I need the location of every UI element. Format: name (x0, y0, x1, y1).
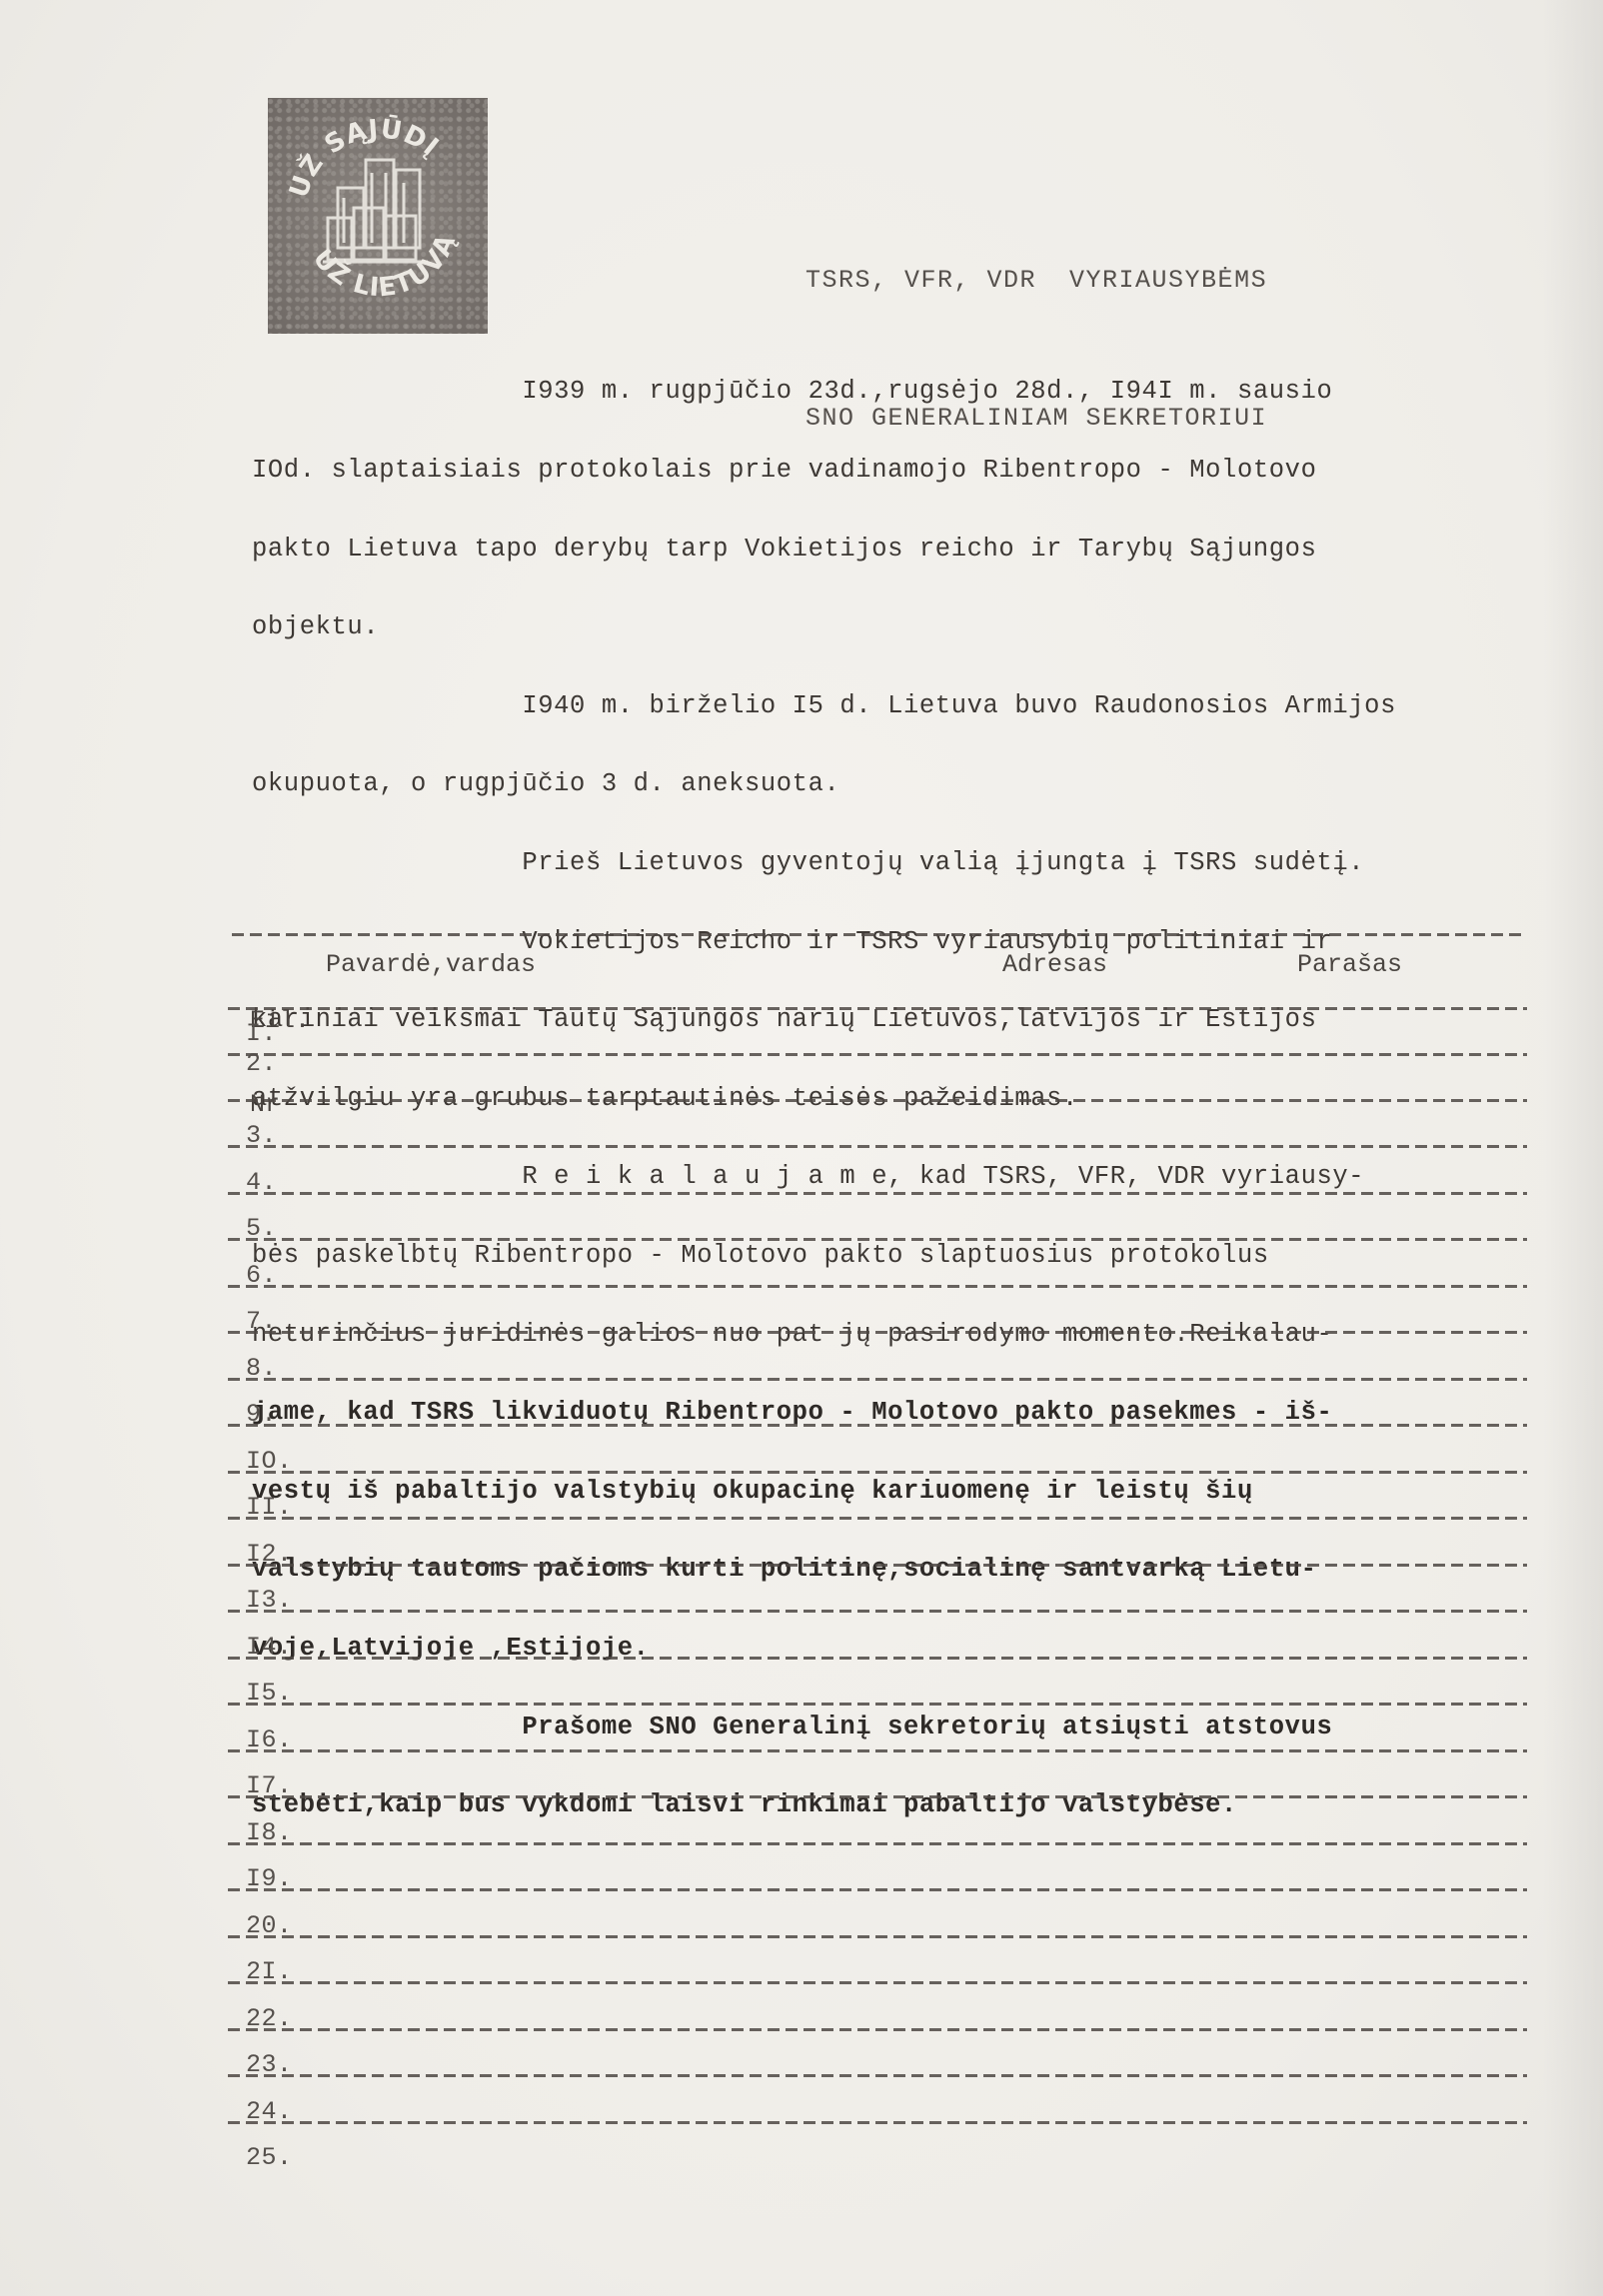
signature-entry-field[interactable] (320, 1941, 1519, 1979)
signature-entry-field[interactable] (320, 1059, 1519, 1097)
signature-entry-field[interactable] (320, 1245, 1519, 1283)
row-divider (228, 1749, 1527, 1752)
document-page: UŽ SĄJŪDĮ UŽ LIETUVĄ TSRS, VFR, (0, 0, 1603, 2296)
row-divider (228, 1888, 1527, 1891)
signature-entry-field[interactable] (320, 1988, 1519, 2026)
tower-drawing (323, 160, 428, 262)
signature-entry-field[interactable] (320, 1105, 1519, 1143)
signature-entry-field[interactable] (320, 2081, 1519, 2119)
stamp-emblem-icon: UŽ SĄJŪDĮ UŽ LIETUVĄ (268, 98, 488, 334)
row-divider (228, 1424, 1527, 1427)
row-divider (228, 1331, 1527, 1334)
signature-entry-field[interactable] (320, 1198, 1519, 1236)
body-line: pakto Lietuva tapo derybų tarp Vokietijo… (252, 537, 1571, 563)
signature-entry-field[interactable] (320, 1755, 1519, 1793)
row-divider (228, 1378, 1527, 1381)
row-divider (228, 1842, 1527, 1845)
row-divider (228, 1795, 1527, 1798)
header-name: Pavardė,vardas (326, 951, 536, 979)
table-top-divider (232, 933, 1521, 936)
signature-entry-field[interactable] (320, 1663, 1519, 1701)
sajudis-stamp-logo: UŽ SĄJŪDĮ UŽ LIETUVĄ (268, 98, 488, 334)
header-address: Adresas (1002, 951, 1107, 979)
row-divider (228, 1471, 1527, 1474)
row-divider (228, 1564, 1527, 1567)
row-divider (228, 1099, 1527, 1102)
signature-entry-field[interactable] (320, 1710, 1519, 1747)
row-number: 2. (246, 1049, 277, 1078)
signature-entry-field[interactable] (320, 1384, 1519, 1422)
row-divider (228, 2121, 1527, 2124)
signature-entry-field[interactable] (320, 1431, 1519, 1469)
row-divider (228, 1053, 1527, 1056)
header-signature: Parašas (1297, 951, 1402, 979)
signature-entry-field[interactable] (320, 1013, 1519, 1051)
row-divider (228, 1981, 1527, 1984)
signature-entry-field[interactable] (320, 1848, 1519, 1886)
signature-entry-field[interactable] (320, 2034, 1519, 2072)
signature-entry-field[interactable] (320, 1524, 1519, 1562)
row-divider (228, 2074, 1527, 2077)
row-divider (228, 1657, 1527, 1660)
row-divider (228, 1610, 1527, 1613)
row-divider (228, 1935, 1527, 1938)
body-line: objektu. (252, 614, 1571, 640)
row-divider (228, 1517, 1527, 1520)
row-divider (228, 1285, 1527, 1288)
body-line: Prieš Lietuvos gyventojų valią įjungta į… (252, 850, 1571, 876)
row-divider (228, 2028, 1527, 2031)
body-line: okupuota, o rugpjūčio 3 d. aneksuota. (252, 771, 1571, 797)
signature-entry-field[interactable] (320, 1617, 1519, 1655)
row-number: 25. (246, 2143, 293, 2172)
row-divider (228, 1145, 1527, 1148)
body-line: I939 m. rugpjūčio 23d.,rugsėjo 28d., I94… (252, 379, 1571, 405)
signature-entry-field[interactable] (320, 1895, 1519, 1933)
signature-entry-field[interactable] (320, 1338, 1519, 1376)
row-number: I. (246, 1019, 277, 1048)
signature-entry-field[interactable] (320, 1152, 1519, 1190)
row-divider (228, 1192, 1527, 1195)
signature-entry-field[interactable] (320, 1477, 1519, 1515)
addressee-line-1: TSRS, VFR, VDR VYRIAUSYBĖMS (805, 258, 1267, 304)
body-line: I940 m. birželio I5 d. Lietuva buvo Raud… (252, 693, 1571, 719)
row-divider (228, 1238, 1527, 1241)
table-header-divider (228, 1007, 1527, 1010)
row-divider (228, 1703, 1527, 1706)
body-line: IOd. slaptaisiais protokolais prie vadin… (252, 458, 1571, 484)
signature-entry-field[interactable] (320, 1802, 1519, 1840)
signature-entry-field[interactable] (320, 1291, 1519, 1329)
signature-entry-field[interactable] (320, 1570, 1519, 1608)
